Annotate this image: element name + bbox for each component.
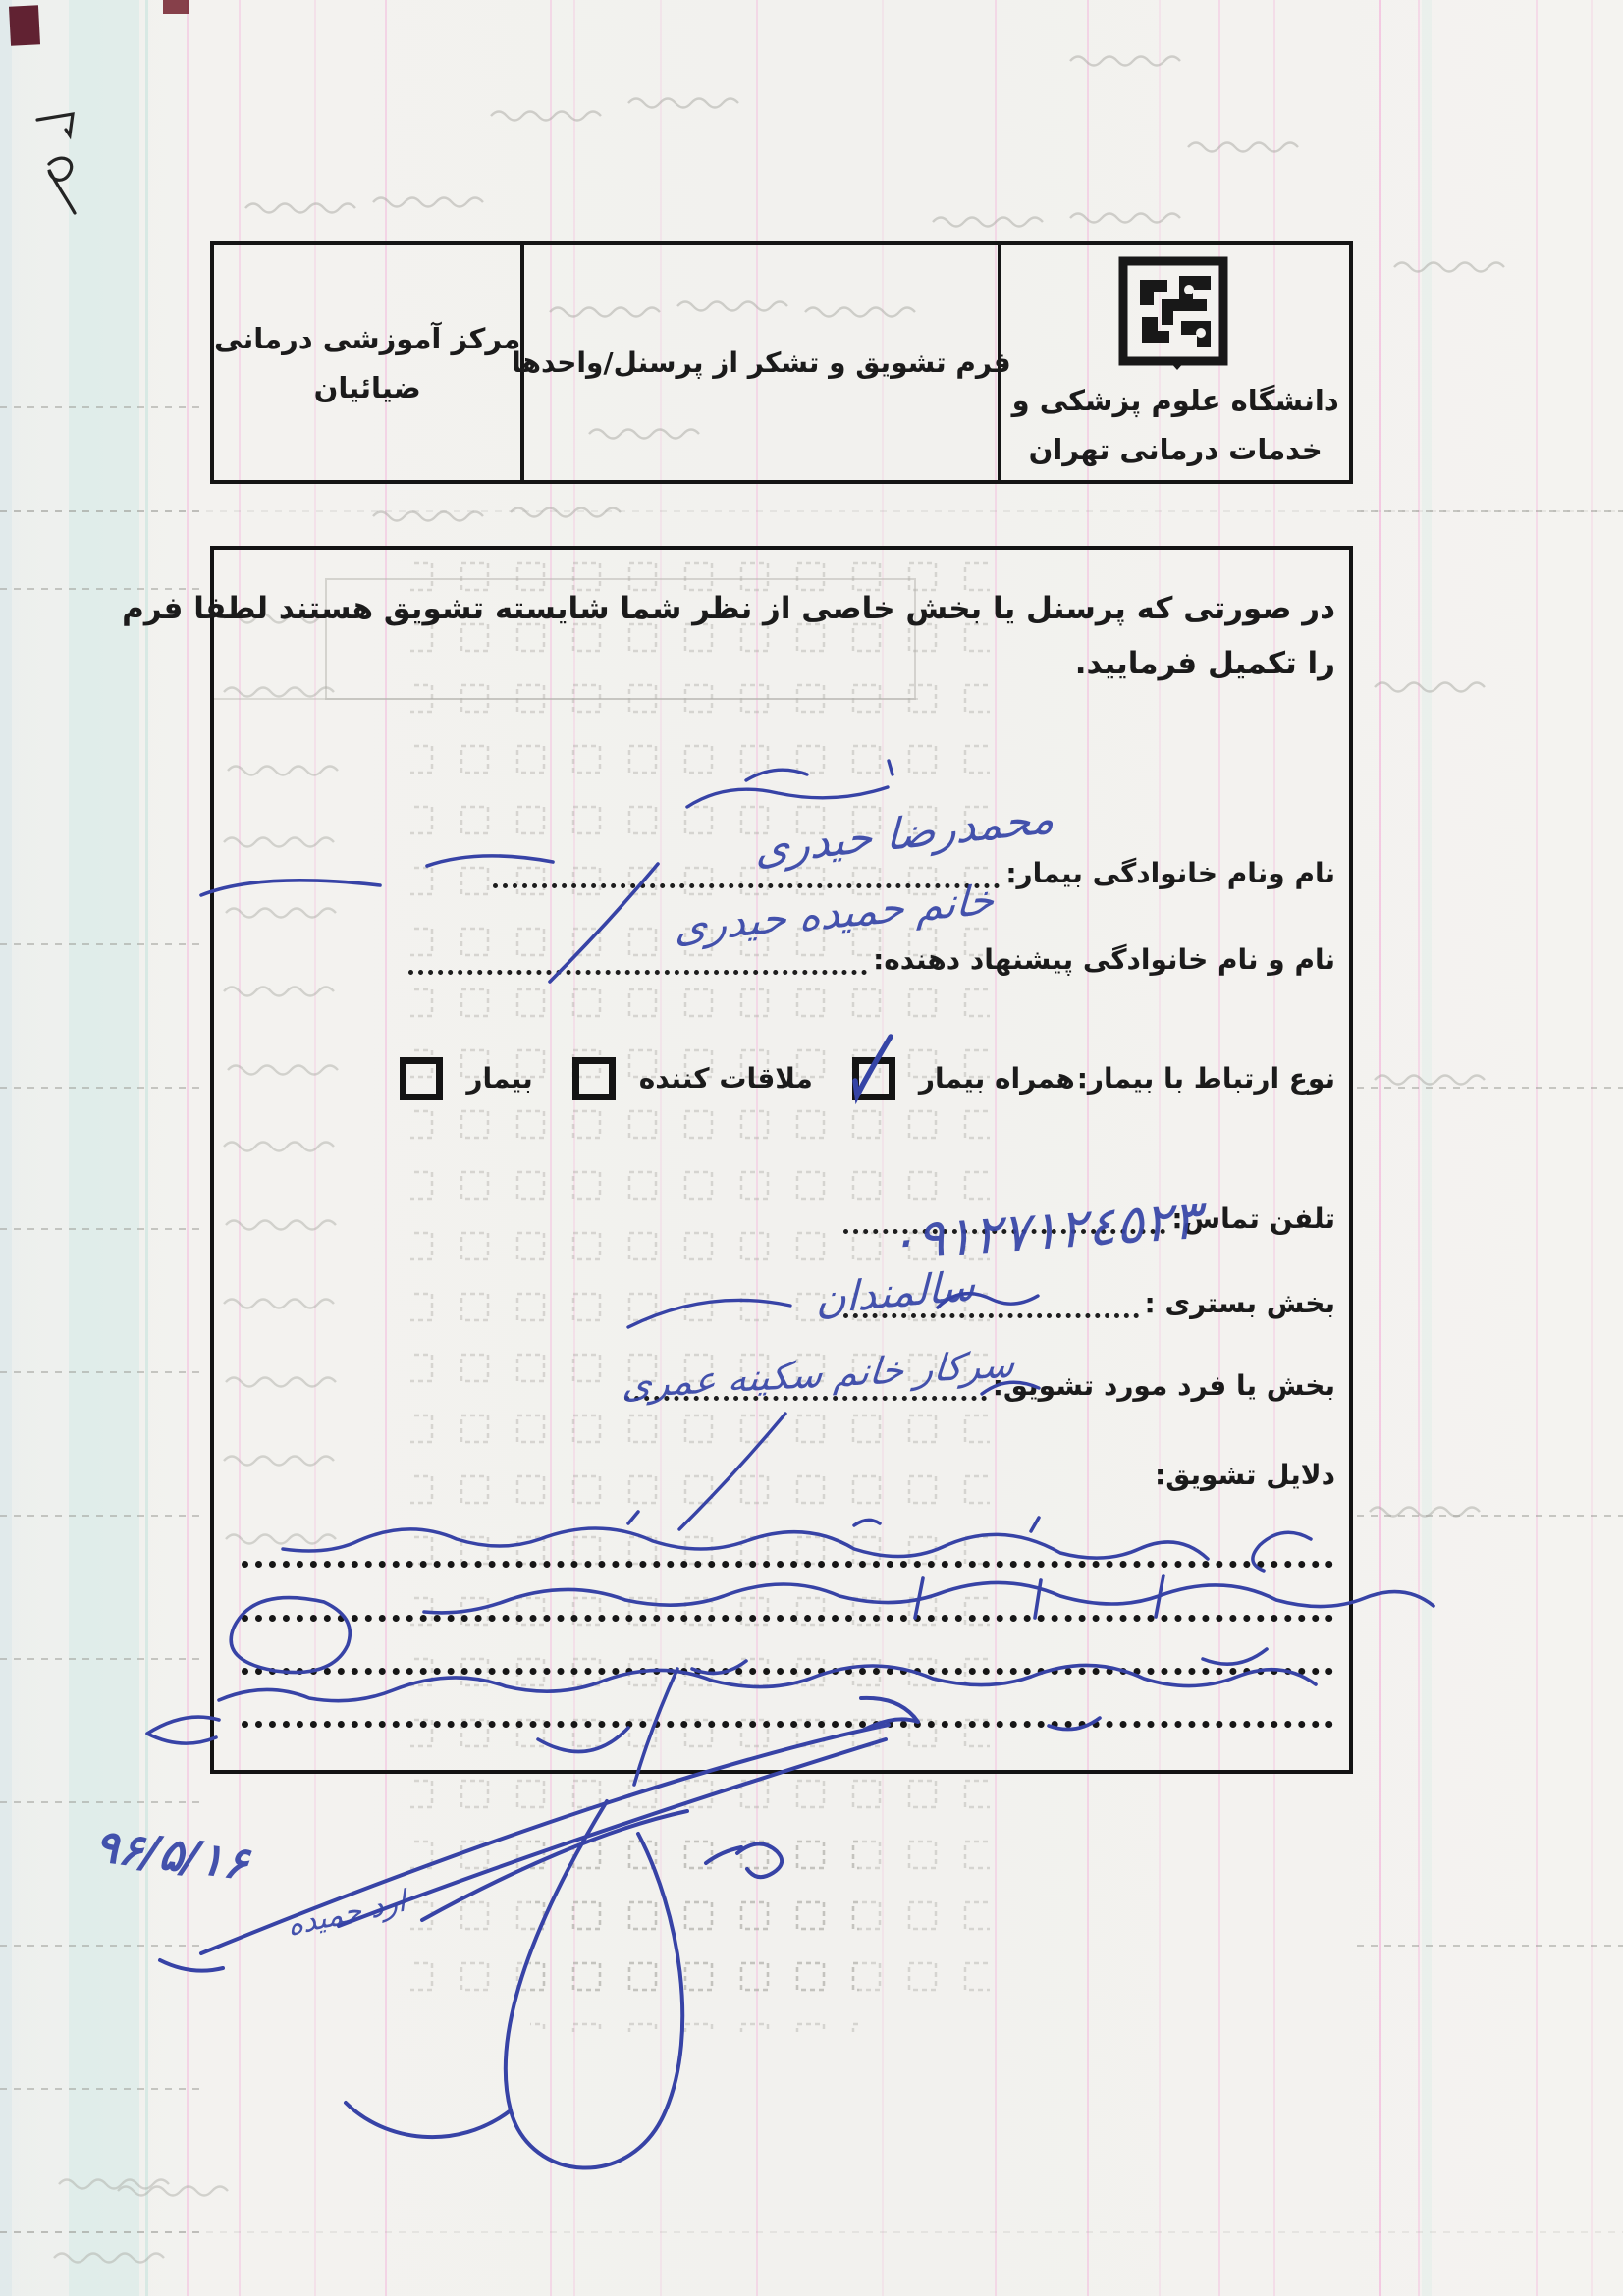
- red-corner-mark: [9, 5, 40, 46]
- ward-label: بخش بستری :: [1145, 1281, 1335, 1326]
- relation-option-patient-label: بیمار: [466, 1056, 532, 1101]
- patient-name-label: نام ونام خانوادگی بیمار:: [1005, 851, 1335, 896]
- handwritten-date: ۹۶/۵/۱۶: [91, 1819, 251, 1891]
- reasons-line-1: [242, 1561, 1333, 1568]
- center-name-line2: ضیائیان: [314, 363, 421, 412]
- red-edge-mark: [163, 0, 189, 14]
- scan-edge-band: [0, 0, 12, 2296]
- blue-checkmark: [834, 1031, 902, 1124]
- encouraged-label: بخش یا فرد مورد تشویق:: [993, 1363, 1335, 1409]
- scanned-form-page: دانشگاه علوم پزشکی و خدمات درمانی تهران …: [0, 0, 1623, 2296]
- header-cell-university: دانشگاه علوم پزشکی و خدمات درمانی تهران: [998, 245, 1349, 480]
- field-row-suggester-name: نام و نام خانوادگی پیشنهاد دهنده:: [405, 931, 1335, 983]
- university-name-line1: دانشگاه علوم پزشکی و: [1012, 376, 1339, 425]
- handwritten-signature-words: ارد حمیده: [286, 1884, 406, 1943]
- center-name-line1: مرکز آموزشی درمانی: [214, 314, 520, 363]
- relation-option-companion-checkbox: [852, 1057, 895, 1100]
- university-name-line2: خدمات درمانی تهران: [1029, 425, 1323, 474]
- header-cell-center-name: مرکز آموزشی درمانی ضیائیان: [214, 245, 520, 480]
- relation-type-label: نوع ارتباط با بیمار:: [1077, 1056, 1335, 1101]
- field-row-reasons-label: دلایل تشویق:: [1041, 1453, 1335, 1498]
- reasons-line-2: [242, 1615, 1333, 1622]
- university-seal-logo: [1118, 256, 1232, 370]
- relation-option-companion-label: همراه بیمار: [919, 1056, 1075, 1101]
- field-row-relation-type: نوع ارتباط با بیمار:همراه بیمار ملاقات ک…: [374, 1056, 1335, 1101]
- margin-pen-note: [20, 93, 137, 221]
- header-cell-form-title: فرم تشویق و تشکر از پرسنل/واحدها: [520, 245, 998, 480]
- instruction-line-1: در صورتی که پرسنل یا بخش خاصی از نظر شما…: [228, 589, 1335, 628]
- relation-option-patient-checkbox: [400, 1057, 443, 1100]
- reasons-label: دلایل تشویق:: [1155, 1453, 1335, 1498]
- relation-option-visitor-label: ملاقات کننده: [639, 1056, 813, 1101]
- relation-option-visitor-checkbox: [572, 1057, 616, 1100]
- reasons-line-3: [242, 1668, 1333, 1675]
- instruction-line-2: را تکمیل فرمایید.: [228, 644, 1335, 683]
- form-body-box: در صورتی که پرسنل یا بخش خاصی از نظر شما…: [210, 546, 1353, 1774]
- form-title: فرم تشویق و تشکر از پرسنل/واحدها: [512, 339, 1011, 388]
- reasons-line-4: [242, 1721, 1333, 1728]
- suggester-name-label: نام و نام خانوادگی پیشنهاد دهنده:: [873, 937, 1335, 983]
- header-table: دانشگاه علوم پزشکی و خدمات درمانی تهران …: [210, 241, 1353, 484]
